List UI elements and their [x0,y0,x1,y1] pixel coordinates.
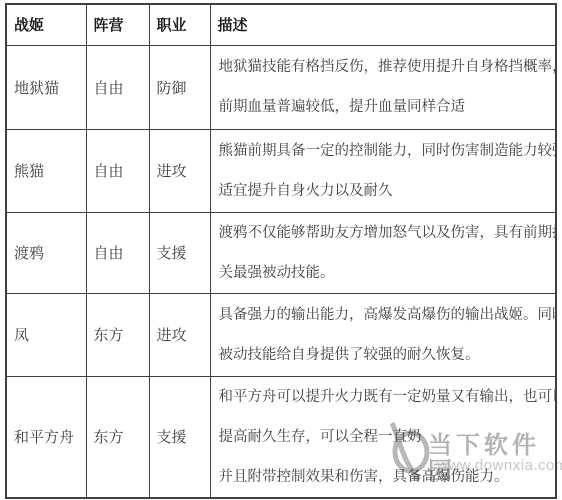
faction-cell: 东方 [86,293,149,376]
faction-cell: 东方 [86,376,149,498]
class-cell: 支援 [149,212,210,293]
class-cell: 进攻 [149,293,210,376]
description-line: 前期血量普遍较低，提升血量同样合适 [219,87,552,127]
table-header-row: 战姬 阵营 职业 描述 [6,4,556,45]
hero-name-cell: 熊猫 [6,129,86,212]
description-line: 被动技能给自身提供了较强的耐久恢复。 [219,335,552,375]
faction-cell: 自由 [86,212,149,293]
description-line: 地狱猫技能有格挡反伤，推荐使用提升自身格挡概率， [219,47,552,87]
description-cell: 渡鸦不仅能够帮助友方增加怒气以及伤害，具有前期推 关最强被动技能。 [210,212,556,293]
class-cell: 支援 [149,376,210,498]
column-header-class: 职业 [149,4,210,45]
hero-name-cell: 渡鸦 [6,212,86,293]
hero-name-cell: 凤 [6,293,86,376]
column-header-faction: 阵营 [86,4,149,45]
table-row: 地狱猫 自由 防御 地狱猫技能有格挡反伤，推荐使用提升自身格挡概率， 前期血量普… [6,45,556,129]
description-line: 并且附带控制效果和伤害，具备高爆伤能力。 [219,457,552,497]
hero-name-cell: 和平方舟 [6,376,86,498]
description-cell: 具备强力的输出能力，高爆发高爆伤的输出战姬。同时 被动技能给自身提供了较强的耐久… [210,293,556,376]
description-line: 提高耐久生存，可以全程一直奶 [219,417,552,457]
hero-info-table: 战姬 阵营 职业 描述 地狱猫 自由 防御 地狱猫技能有格挡反伤，推荐使用提升自… [5,3,557,499]
description-line: 和平方舟可以提升火力既有一定奶量又有输出，也可以 [219,377,552,417]
description-line: 具备强力的输出能力，高爆发高爆伤的输出战姬。同时 [219,295,552,335]
class-cell: 进攻 [149,129,210,212]
description-cell: 和平方舟可以提升火力既有一定奶量又有输出，也可以 提高耐久生存，可以全程一直奶 … [210,376,556,498]
faction-cell: 自由 [86,45,149,129]
description-line: 关最强被动技能。 [219,253,552,293]
description-line: 渡鸦不仅能够帮助友方增加怒气以及伤害，具有前期推 [219,213,552,253]
table-row: 和平方舟 东方 支援 和平方舟可以提升火力既有一定奶量又有输出，也可以 提高耐久… [6,376,556,498]
description-line: 适宜提升自身火力以及耐久 [219,171,552,211]
table-row: 凤 东方 进攻 具备强力的输出能力，高爆发高爆伤的输出战姬。同时 被动技能给自身… [6,293,556,376]
hero-name-cell: 地狱猫 [6,45,86,129]
article-page: 当下软件园 www.downxia.com 战姬 阵营 职业 描述 地狱猫 自由… [0,0,562,500]
column-header-description: 描述 [210,4,556,45]
class-cell: 防御 [149,45,210,129]
description-line: 熊猫前期具备一定的控制能力，同时伤害制造能力较强， [219,131,552,171]
table-row: 熊猫 自由 进攻 熊猫前期具备一定的控制能力，同时伤害制造能力较强， 适宜提升自… [6,129,556,212]
description-cell: 熊猫前期具备一定的控制能力，同时伤害制造能力较强， 适宜提升自身火力以及耐久 [210,129,556,212]
table-row: 渡鸦 自由 支援 渡鸦不仅能够帮助友方增加怒气以及伤害，具有前期推 关最强被动技… [6,212,556,293]
column-header-hero: 战姬 [6,4,86,45]
faction-cell: 自由 [86,129,149,212]
description-cell: 地狱猫技能有格挡反伤，推荐使用提升自身格挡概率， 前期血量普遍较低，提升血量同样… [210,45,556,129]
